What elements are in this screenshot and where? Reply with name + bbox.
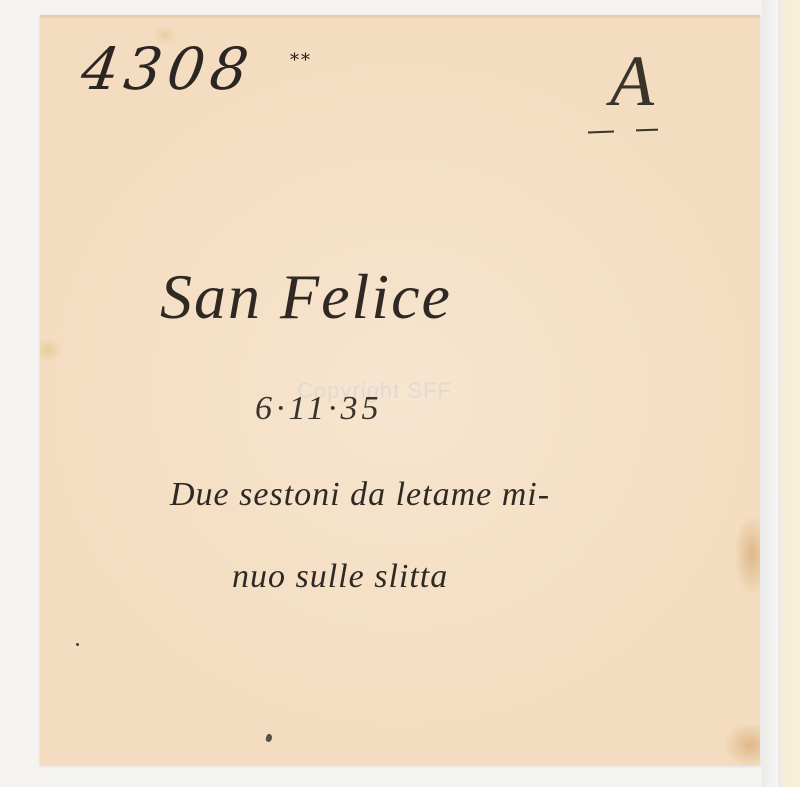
series-letter: A	[610, 45, 654, 117]
catalog-number: 4308	[78, 40, 258, 98]
adjacent-card-edge	[778, 0, 800, 787]
card-edge-shading	[40, 15, 760, 19]
catalog-marks: **	[290, 52, 312, 70]
description-line-2: nuo sulle slitta	[232, 560, 448, 594]
ink-dot	[76, 643, 79, 646]
place-name: San Felice	[160, 265, 452, 329]
date: 6·11·35	[255, 392, 382, 426]
background-shadow	[762, 0, 778, 787]
description-line-1: Due sestoni da letame mi-	[170, 478, 550, 512]
